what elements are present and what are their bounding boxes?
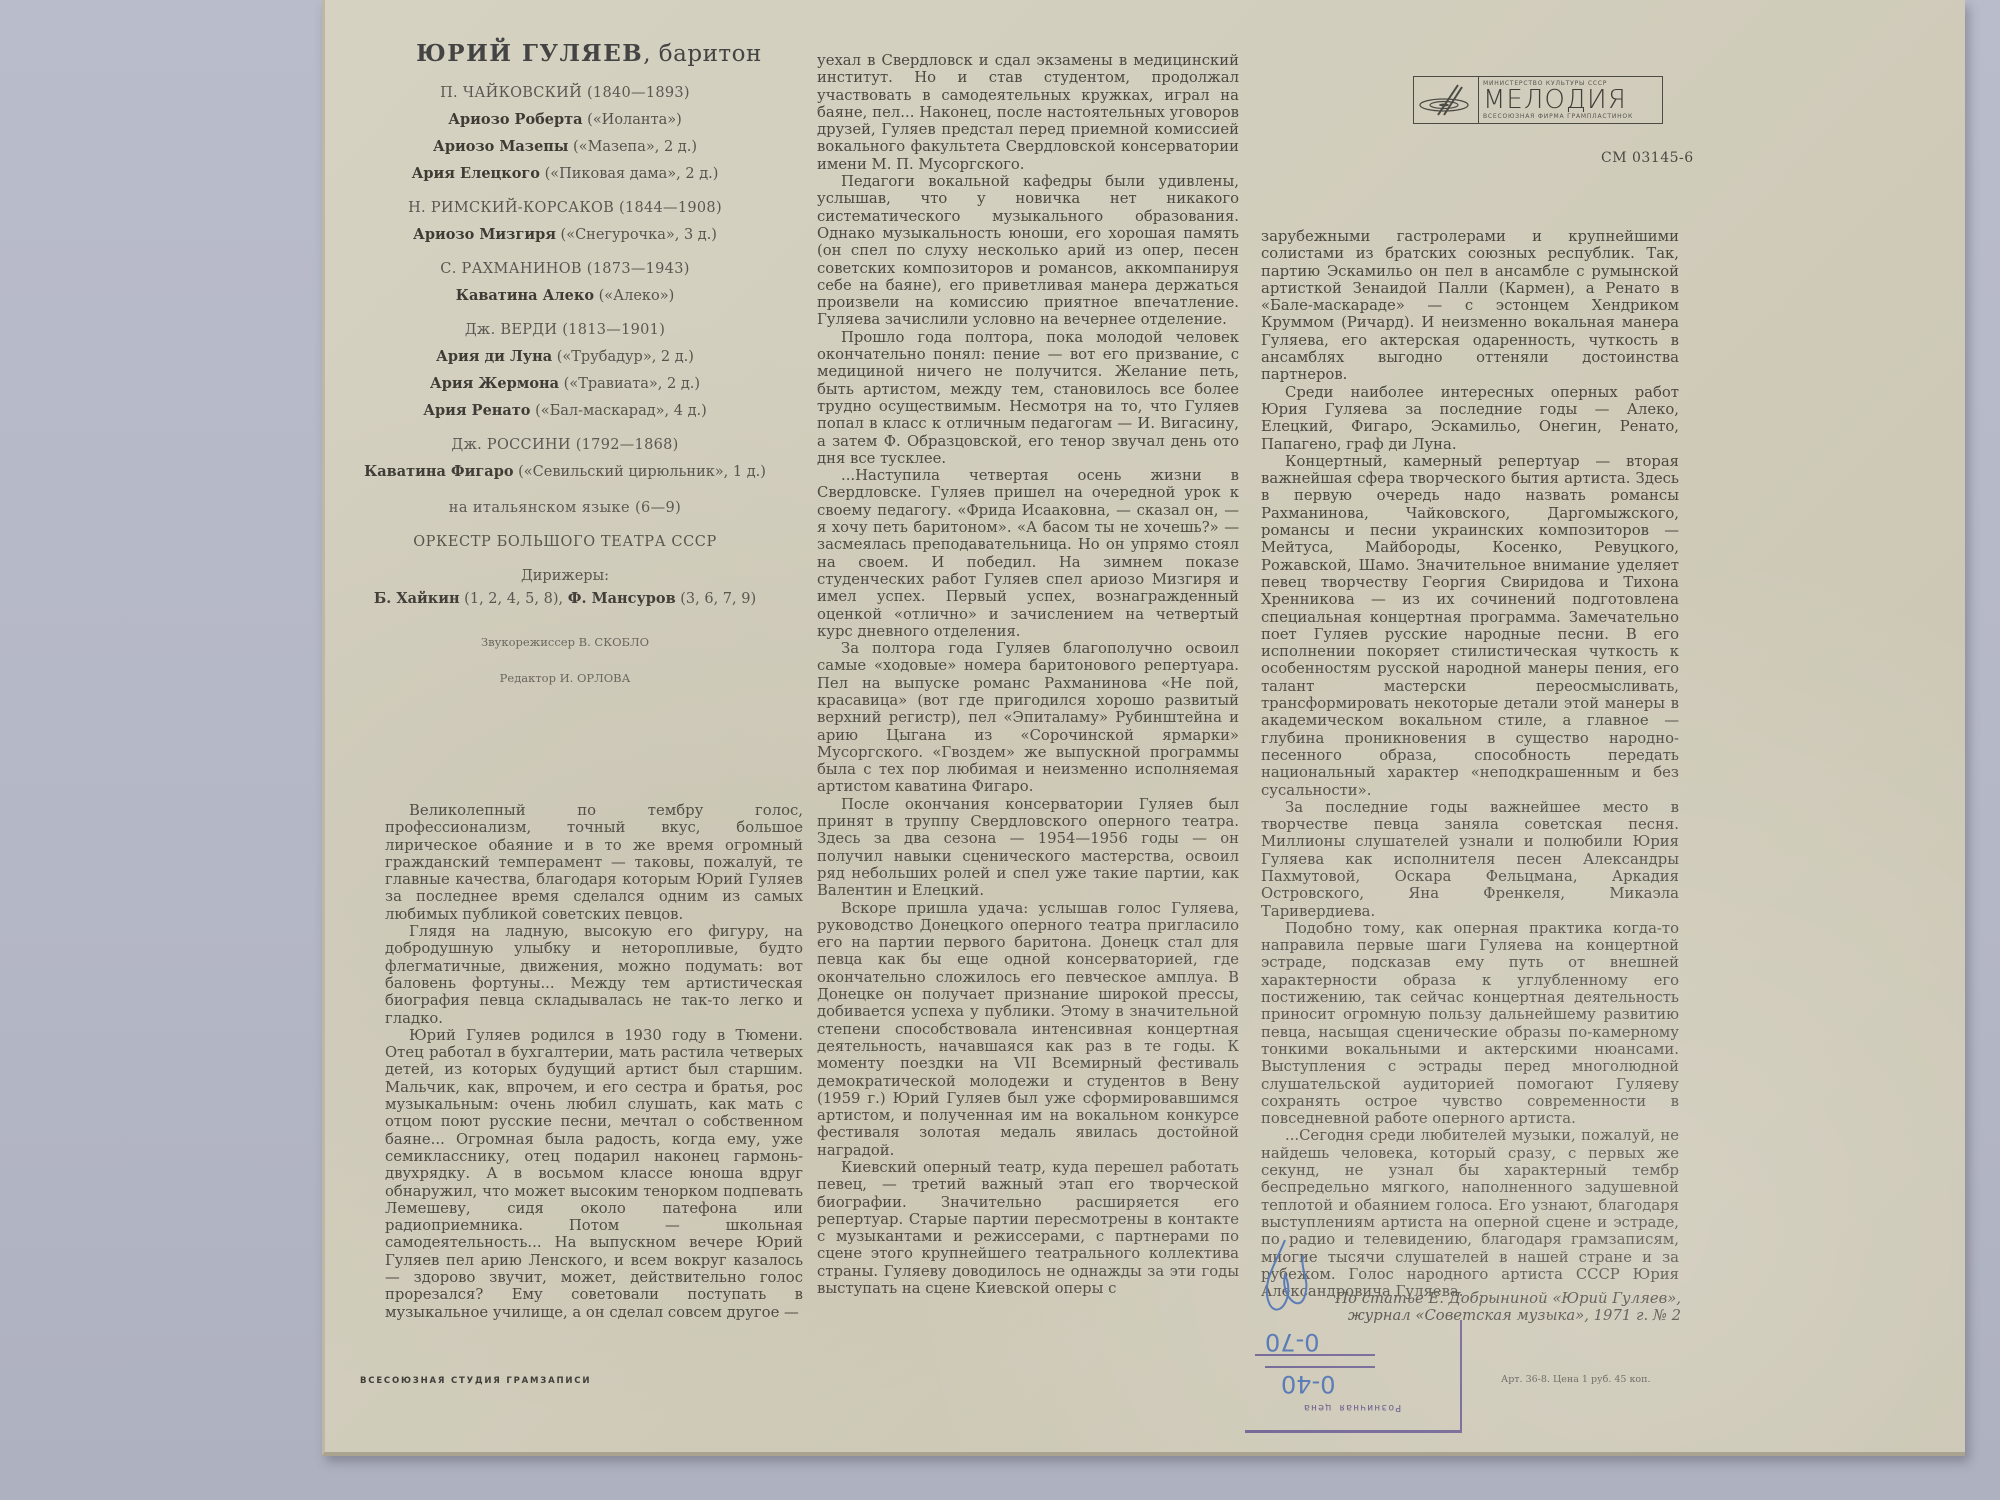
article-paragraph: Прошло года полтора, пока молодой челове… bbox=[817, 329, 1239, 467]
track-source: («Алеко») bbox=[594, 288, 674, 304]
article-column-2: уехал в Свердловск и сдал экзамены в мед… bbox=[817, 52, 1239, 1297]
label-name: МЕЛОДИЯ bbox=[1483, 87, 1658, 113]
track-item: Ария Ренато («Бал-маскарад», 4 д.) bbox=[325, 402, 805, 419]
article-column-1: Великолепный по тембру голос, профессион… bbox=[385, 802, 803, 1321]
article-source: По статье Е. Добрыниной «Юрий Гуляев», ж… bbox=[1335, 1290, 1681, 1324]
stamp-text: Розничная цена bbox=[1303, 1402, 1401, 1413]
conductor-tracks: (3, 6, 7, 9) bbox=[676, 591, 756, 607]
track-title: Ариозо Мизгиря bbox=[413, 226, 556, 243]
track-source: («Травиата», 2 д.) bbox=[559, 376, 700, 392]
article-paragraph: Юрий Гуляев родился в 1930 году в Тюмени… bbox=[385, 1027, 803, 1321]
melodiya-logo: МИНИСТЕРСТВО КУЛЬТУРЫ СССР МЕЛОДИЯ ВСЕСО… bbox=[1413, 76, 1663, 124]
track-source: («Севильский цирюльник», 1 д.) bbox=[514, 464, 766, 480]
melodiya-wordmark: МИНИСТЕРСТВО КУЛЬТУРЫ СССР МЕЛОДИЯ ВСЕСО… bbox=[1479, 77, 1662, 123]
track-title: Ариозо Мазепы bbox=[433, 138, 568, 155]
track-source: («Пиковая дама», 2 д.) bbox=[540, 166, 718, 182]
article-paragraph: Глядя на ладную, высокую его фигуру, на … bbox=[385, 923, 803, 1027]
track-title: Ария Елецкого bbox=[412, 165, 540, 182]
track-title: Каватина Фигаро bbox=[364, 463, 513, 480]
track-title: Ария ди Луна bbox=[436, 348, 552, 365]
article-paragraph: Среди наиболее интересных оперных работ … bbox=[1261, 384, 1679, 453]
language-note: на итальянском языке (6—9) bbox=[325, 500, 805, 516]
track-title: Ария Ренато bbox=[423, 402, 530, 419]
article-paragraph: За последние годы важнейшее место в твор… bbox=[1261, 799, 1679, 920]
track-source: («Иоланта») bbox=[583, 112, 682, 128]
composer-heading: П. ЧАЙКОВСКИЙ (1840—1893) bbox=[325, 85, 805, 101]
conductors: Б. Хайкин (1, 2, 4, 5, 8), Ф. Мансуров (… bbox=[325, 590, 805, 607]
handwritten-price: 0-70 bbox=[1265, 1328, 1319, 1356]
article-paragraph: После окончания консерватории Гуляев был… bbox=[817, 796, 1239, 900]
pen-scribble-icon bbox=[1255, 1235, 1325, 1325]
conductor-name: Ф. Мансуров bbox=[568, 590, 676, 607]
article-paragraph: уехал в Свердловск и сдал экзамены в мед… bbox=[817, 52, 1239, 173]
artist-heading: ЮРИЙ ГУЛЯЕВ, баритон bbox=[373, 40, 805, 67]
article-paragraph: зарубежными гастролерами и крупнейшими с… bbox=[1261, 228, 1679, 384]
price-line: Арт. 36-8. Цена 1 руб. 45 коп. bbox=[1501, 1374, 1651, 1385]
track-item: Ариозо Роберта («Иоланта») bbox=[325, 111, 805, 128]
track-source: («Снегурочка», 3 д.) bbox=[556, 227, 717, 243]
handwritten-price: 0-40 bbox=[1281, 1370, 1335, 1398]
artist-name: ЮРИЙ ГУЛЯЕВ bbox=[416, 40, 643, 67]
catalog-number: СМ 03145-6 bbox=[1601, 150, 1694, 166]
track-title: Ария Жермона bbox=[430, 375, 559, 392]
article-paragraph: Педагоги вокальной кафедры были удивлены… bbox=[817, 173, 1239, 329]
article-column-3: зарубежными гастролерами и крупнейшими с… bbox=[1261, 228, 1679, 1300]
melodiya-emblem-icon bbox=[1414, 77, 1479, 123]
track-title: Ариозо Роберта bbox=[448, 111, 582, 128]
article-paragraph: Вскоре пришла удача: услышав голос Гуляе… bbox=[817, 900, 1239, 1159]
track-title: Каватина Алеко bbox=[456, 287, 594, 304]
firm-line: ВСЕСОЮЗНАЯ ФИРМА ГРАМПЛАСТИНОК bbox=[1483, 113, 1658, 120]
track-item: Ария Жермона («Травиата», 2 д.) bbox=[325, 375, 805, 392]
stamp-divider bbox=[1265, 1366, 1375, 1368]
program-list: П. ЧАЙКОВСКИЙ (1840—1893)Ариозо Роберта … bbox=[325, 85, 805, 480]
voice-type: , баритон bbox=[643, 41, 762, 67]
composer-heading: Н. РИМСКИЙ-КОРСАКОВ (1844—1908) bbox=[325, 200, 805, 216]
orchestra: ОРКЕСТР БОЛЬШОГО ТЕАТРА СССР bbox=[325, 534, 805, 550]
track-item: Каватина Алеко («Алеко») bbox=[325, 287, 805, 304]
article-paragraph: Подобно тому, как оперная практика когда… bbox=[1261, 920, 1679, 1128]
track-source: («Бал-маскарад», 4 д.) bbox=[530, 403, 706, 419]
article-paragraph: Концертный, камерный репертуар — вторая … bbox=[1261, 453, 1679, 799]
credits-block: ЮРИЙ ГУЛЯЕВ, баритон П. ЧАЙКОВСКИЙ (1840… bbox=[325, 40, 805, 685]
studio-credit: ВСЕСОЮЗНАЯ СТУДИЯ ГРАМЗАПИСИ bbox=[360, 1376, 591, 1386]
track-item: Каватина Фигаро («Севильский цирюльник»,… bbox=[325, 463, 805, 480]
conductors-label: Дирижеры: bbox=[325, 568, 805, 584]
composer-heading: Дж. ВЕРДИ (1813—1901) bbox=[325, 322, 805, 338]
editor: Редактор И. ОРЛОВА bbox=[325, 671, 805, 685]
conductor-name: Б. Хайкин bbox=[374, 590, 460, 607]
composer-heading: С. РАХМАНИНОВ (1873—1943) bbox=[325, 261, 805, 277]
conductor-tracks: (1, 2, 4, 5, 8), bbox=[460, 591, 568, 607]
record-sleeve-back: ЮРИЙ ГУЛЯЕВ, баритон П. ЧАЙКОВСКИЙ (1840… bbox=[322, 0, 1965, 1456]
sound-engineer: Звукорежиссер В. СКОБЛО bbox=[325, 635, 805, 649]
article-paragraph: ...Наступила четвертая осень жизни в Све… bbox=[817, 467, 1239, 640]
track-source: («Мазепа», 2 д.) bbox=[568, 139, 697, 155]
article-paragraph: Великолепный по тембру голос, профессион… bbox=[385, 802, 803, 923]
price-stamp: 0-70 0-40 Розничная цена bbox=[1245, 1320, 1462, 1433]
composer-heading: Дж. РОССИНИ (1792—1868) bbox=[325, 437, 805, 453]
source-line: По статье Е. Добрыниной «Юрий Гуляев», bbox=[1335, 1290, 1681, 1307]
track-item: Ария ди Луна («Трубадур», 2 д.) bbox=[325, 348, 805, 365]
track-item: Ариозо Мизгиря («Снегурочка», 3 д.) bbox=[325, 226, 805, 243]
track-item: Ариозо Мазепы («Мазепа», 2 д.) bbox=[325, 138, 805, 155]
track-item: Ария Елецкого («Пиковая дама», 2 д.) bbox=[325, 165, 805, 182]
article-paragraph: За полтора года Гуляев благополучно осво… bbox=[817, 640, 1239, 796]
track-source: («Трубадур», 2 д.) bbox=[552, 349, 694, 365]
article-paragraph: Киевский оперный театр, куда перешел раб… bbox=[817, 1159, 1239, 1297]
